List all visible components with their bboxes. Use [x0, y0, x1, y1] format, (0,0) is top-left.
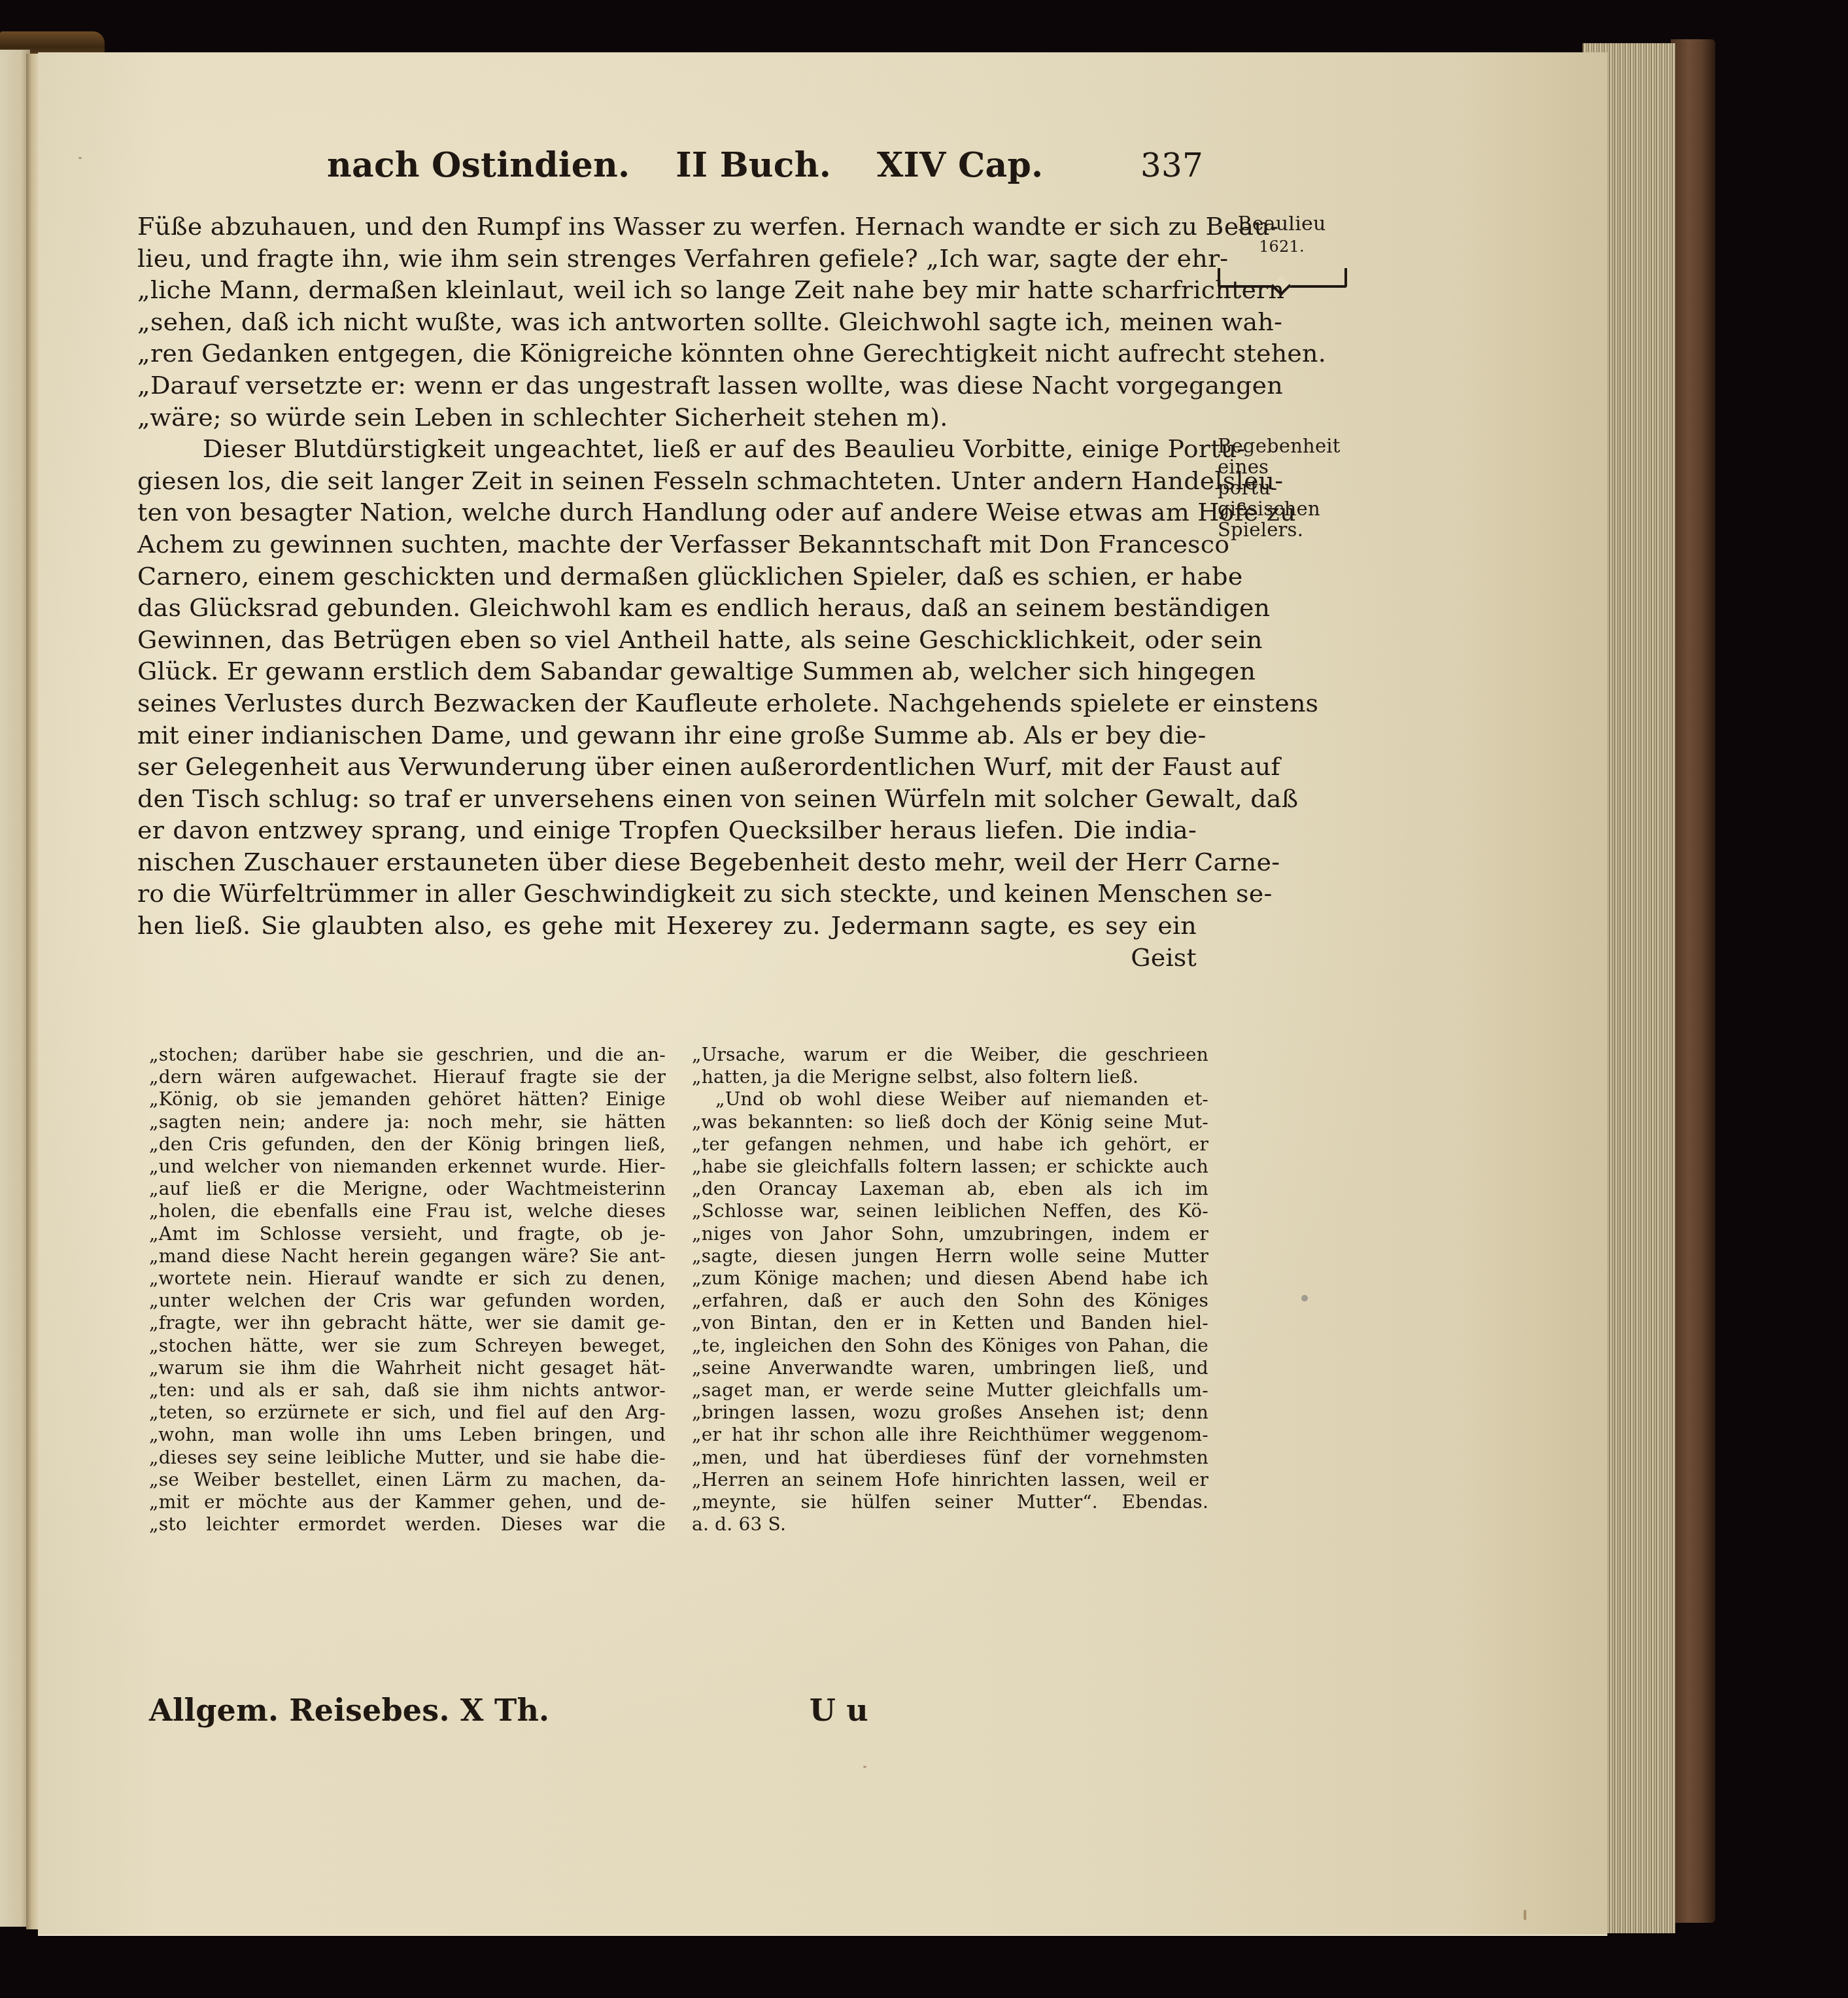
- text-line: seines Verlustes durch Bezwacken der Kau…: [137, 687, 1197, 719]
- text-line: nischen Zuschauer erstauneten über diese…: [137, 846, 1197, 878]
- footnote-line: „seine Anverwandte waren, umbringen ließ…: [692, 1357, 1208, 1379]
- running-head-book: II Buch.: [676, 145, 831, 185]
- text-line: giesen los, die seit langer Zeit in sein…: [137, 465, 1197, 497]
- footnote-line: „wortete nein. Hierauf wandte er sich zu…: [149, 1267, 666, 1290]
- footnote-line: „se Weiber bestellet, einen Lärm zu mach…: [149, 1469, 666, 1491]
- footnote-column-right: „Ursache, warum er die Weiber, die gesch…: [692, 1044, 1208, 1536]
- paper-speck: [78, 157, 82, 159]
- footnote-line: „meynte, sie hülfen seiner Mutter“. Eben…: [692, 1491, 1208, 1513]
- footnote-line: „habe sie gleichfalls foltern lassen; er…: [692, 1156, 1208, 1178]
- footnote-column-left: „stochen; darüber habe sie geschrien, un…: [149, 1044, 666, 1536]
- footnote-line: „hatten, ja die Merigne selbst, also fol…: [692, 1066, 1208, 1088]
- footnote-line: „ten: und als er sah, daß sie ihm nichts…: [149, 1379, 666, 1402]
- running-head-title: nach Ostindien.: [327, 145, 630, 185]
- text-line: Carnero, einem geschickten und dermaßen …: [137, 560, 1197, 593]
- footnote-line: „den Cris gefunden, den der König bringe…: [149, 1133, 666, 1156]
- text-line: ten von besagter Nation, welche durch Ha…: [137, 496, 1197, 528]
- paper-speck: [1301, 1295, 1308, 1301]
- footnote-line: „warum sie ihm die Wahrheit nicht gesage…: [149, 1357, 666, 1379]
- footnote-line: „stochen hätte, wer sie zum Schreyen bew…: [149, 1335, 666, 1357]
- footnote-line: „holen, die ebenfalls eine Frau ist, wel…: [149, 1200, 666, 1222]
- footnote-line: „wohn, man wolle ihn ums Leben bringen, …: [149, 1424, 666, 1446]
- footnote-line: „te, ingleichen den Sohn des Königes von…: [692, 1335, 1208, 1357]
- footnote-line: „König, ob sie jemanden gehöret hätten? …: [149, 1088, 666, 1111]
- footnote-line: „sto leichter ermordet werden. Dieses wa…: [149, 1513, 666, 1536]
- text-line: lieu, und fragte ihn, wie ihm sein stren…: [137, 243, 1197, 275]
- footnote-line: „Schlosse war, seinen leiblichen Neffen,…: [692, 1200, 1208, 1222]
- footnote-line: „ter gefangen nehmen, und habe ich gehör…: [692, 1133, 1208, 1156]
- text-line: Glück. Er gewann erstlich dem Sabandar g…: [137, 655, 1197, 687]
- footnote-line: „erfahren, daß er auch den Sohn des Köni…: [692, 1290, 1208, 1312]
- running-head-chapter: XIV Cap.: [877, 145, 1140, 185]
- footnotes: „stochen; darüber habe sie geschrien, un…: [149, 1044, 1208, 1536]
- footnote-line: „Ursache, warum er die Weiber, die gesch…: [692, 1044, 1208, 1066]
- footnote-line: „sagten nein; andere ja: noch mehr, sie …: [149, 1111, 666, 1133]
- footnote-line: „sagte, diesen jungen Herrn wolle seine …: [692, 1245, 1208, 1267]
- text-line: er davon entzwey sprang, und einige Trop…: [137, 814, 1197, 846]
- text-line: „sehen, daß ich nicht wußte, was ich ant…: [137, 306, 1197, 338]
- leather-cover-edge: [1671, 39, 1715, 1923]
- text-line: „ren Gedanken entgegen, die Königreiche …: [137, 337, 1197, 370]
- text-line: den Tisch schlug: so traf er unversehens…: [137, 783, 1197, 815]
- text-line: Achem zu gewinnen suchten, machte der Ve…: [137, 528, 1197, 560]
- text-line: Füße abzuhauen, und den Rumpf ins Wasser…: [137, 211, 1197, 243]
- footnote-line: „saget man, er werde seine Mutter gleich…: [692, 1379, 1208, 1402]
- footnote-line: „men, und hat überdieses fünf der vorneh…: [692, 1447, 1208, 1469]
- footnote-line: „teten, so erzürnete er sich, und fiel a…: [149, 1402, 666, 1424]
- signature-line: Allgem. Reisebes. X Th. U u: [149, 1693, 868, 1728]
- footnote-line: „auf ließ er die Merigne, oder Wachtmeis…: [149, 1178, 666, 1200]
- footnote-line: „mand diese Nacht herein gegangen wäre? …: [149, 1245, 666, 1267]
- footnote-line: „dern wären aufgewachet. Hierauf fragte …: [149, 1066, 666, 1088]
- text-line: hen ließ. Sie glaubten also, es gehe mit…: [137, 910, 1197, 942]
- footnote-line: „bringen lassen, wozu großes Ansehen ist…: [692, 1402, 1208, 1424]
- page-number: 337: [1140, 146, 1203, 184]
- signature-title: Allgem. Reisebes. X Th.: [149, 1693, 810, 1728]
- text-line: ser Gelegenheit aus Verwunderung über ei…: [137, 751, 1197, 783]
- signature-mark: U u: [810, 1693, 868, 1728]
- paper-speck: [1524, 1910, 1526, 1920]
- footnote-line: „niges von Jahor Sohn, umzubringen, inde…: [692, 1223, 1208, 1245]
- footnote-line: „zum Könige machen; und diesen Abend hab…: [692, 1267, 1208, 1290]
- footnote-line: „mit er möchte aus der Kammer gehen, und…: [149, 1491, 666, 1513]
- text-line: das Glücksrad gebunden. Gleichwohl kam e…: [137, 592, 1197, 624]
- footnote-line: „Herren an seinem Hofe hinrichten lassen…: [692, 1469, 1208, 1491]
- running-head: nach Ostindien. II Buch. XIV Cap. 337: [327, 145, 1203, 191]
- footnote-line: „dieses sey seine leibliche Mutter, und …: [149, 1447, 666, 1469]
- footnote-line: „stochen; darüber habe sie geschrien, un…: [149, 1044, 666, 1066]
- text-line: „liche Mann, dermaßen kleinlaut, weil ic…: [137, 274, 1197, 306]
- paragraph-start-line: Dieser Blutdürstigkeit ungeachtet, ließ …: [137, 433, 1197, 465]
- footnote-line: „von Bintan, den er in Ketten und Banden…: [692, 1312, 1208, 1334]
- footnote-line: „was bekannten: so ließ doch der König s…: [692, 1111, 1208, 1133]
- main-text: Füße abzuhauen, und den Rumpf ins Wasser…: [137, 211, 1197, 973]
- paper-speck: [275, 1393, 278, 1395]
- footnote-paragraph-start: „Und ob wohl diese Weiber auf niemanden …: [692, 1088, 1208, 1111]
- footnote-line: „fragte, wer ihn gebracht hätte, wer sie…: [149, 1312, 666, 1334]
- footnote-line: „und welcher von niemanden erkennet wurd…: [149, 1156, 666, 1178]
- text-line: ro die Würfeltrümmer in aller Geschwindi…: [137, 878, 1197, 910]
- text-line: „wäre; so würde sein Leben in schlechter…: [137, 402, 1197, 434]
- text-line: Gewinnen, das Betrügen eben so viel Anth…: [137, 624, 1197, 656]
- footnote-line: „unter welchen der Cris war gefunden wor…: [149, 1290, 666, 1312]
- text-line: mit einer indianischen Dame, und gewann …: [137, 719, 1197, 751]
- footnote-line: „den Orancay Laxeman ab, eben als ich im: [692, 1178, 1208, 1200]
- paper-speck: [863, 1766, 866, 1768]
- footnote-line: „er hat ihr schon alle ihre Reichthümer …: [692, 1424, 1208, 1446]
- catchword: Geist: [137, 942, 1197, 974]
- footnote-line: „Amt im Schlosse versieht, und fragte, o…: [149, 1223, 666, 1245]
- text-line: „Darauf versetzte er: wenn er das ungest…: [137, 370, 1197, 402]
- footnote-citation: a. d. 63 S.: [692, 1513, 1208, 1536]
